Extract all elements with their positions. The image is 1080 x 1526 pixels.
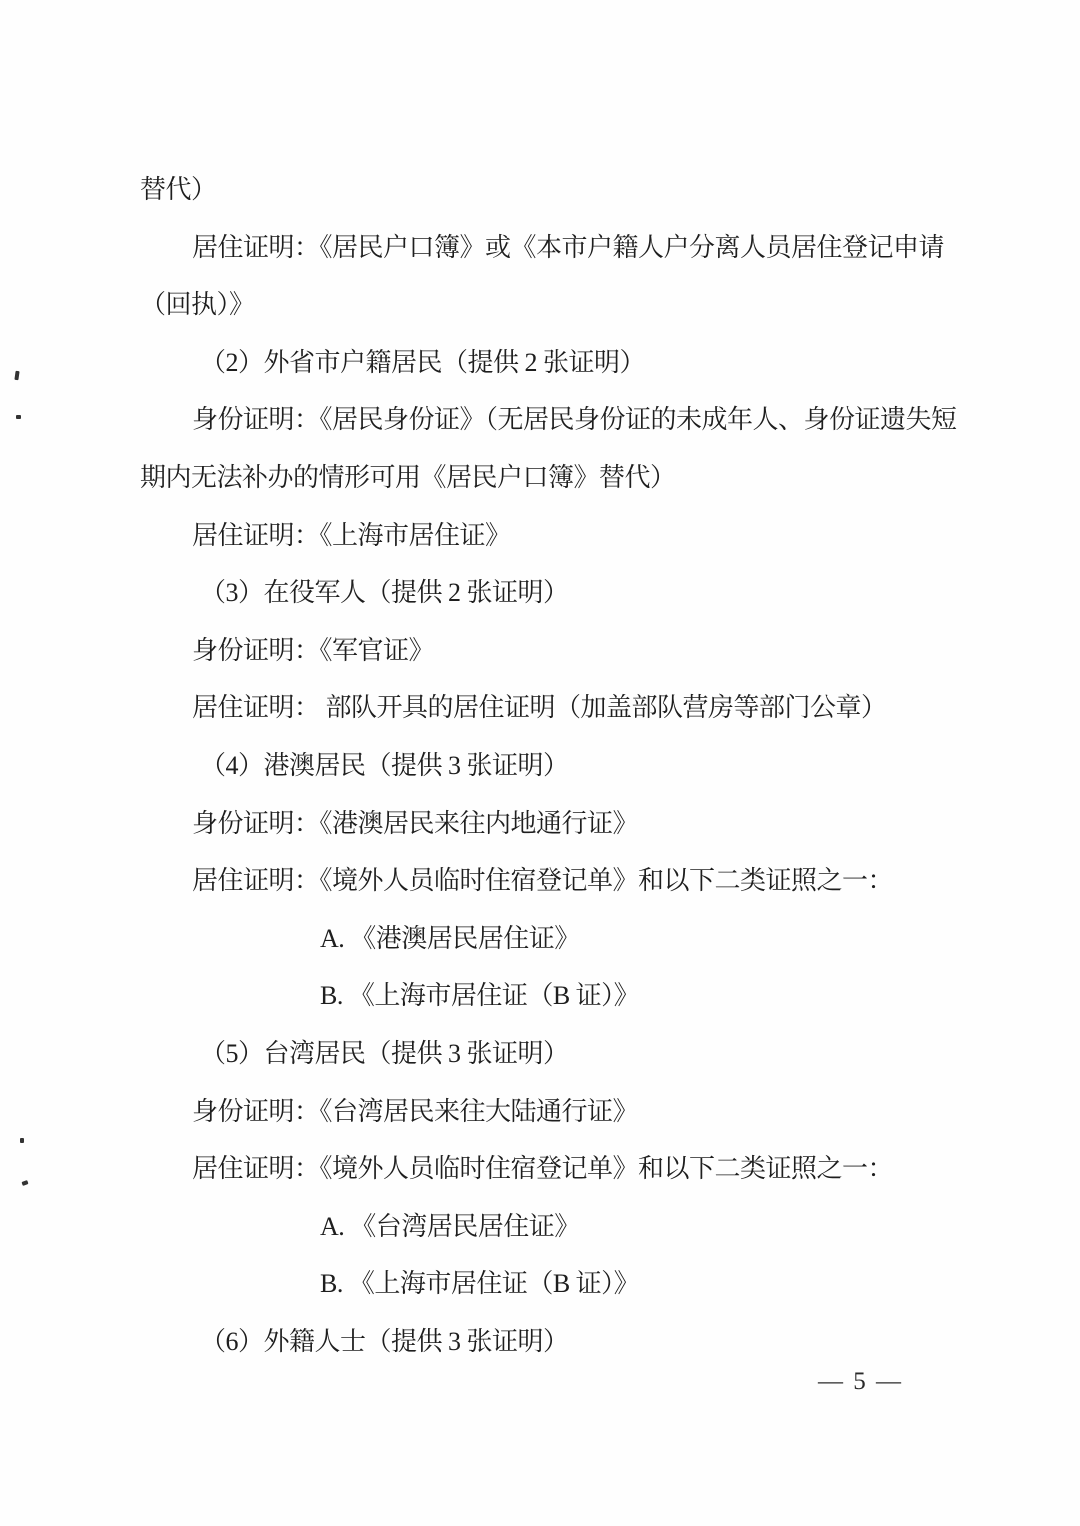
- text-line: 身份证明：《居民身份证》（无居民身份证的未成年人、身份证遗失短: [140, 391, 955, 449]
- page-number: — 5 —: [818, 1368, 903, 1396]
- text-line: 期内无法补办的情形可用《居民户口簿》替代）: [140, 449, 955, 507]
- text-line-item-4: （4）港澳居民（提供 3 张证明）: [140, 737, 955, 795]
- text-line-option-b: B. 《上海市居住证（B 证）》: [140, 1255, 955, 1313]
- text-line: 居住证明：《境外人员临时住宿登记单》和以下二类证照之一：: [140, 852, 955, 910]
- text-line: 居住证明：《境外人员临时住宿登记单》和以下二类证照之一：: [140, 1140, 955, 1198]
- text-line: 居住证明：《上海市居住证》: [140, 507, 955, 565]
- scan-artifact-speck: [21, 1180, 28, 1186]
- text-line-item-3: （3）在役军人（提供 2 张证明）: [140, 564, 955, 622]
- document-text-block: 替代） 居住证明：《居民户口簿》或《本市户籍人户分离人员居住登记申请 （回执）》…: [140, 161, 955, 1370]
- scanned-document-page: 替代） 居住证明：《居民户口簿》或《本市户籍人户分离人员居住登记申请 （回执）》…: [0, 0, 1080, 1526]
- text-line-option-a: A. 《港澳居民居住证》: [140, 910, 955, 968]
- scan-artifact-speck: [14, 371, 19, 380]
- text-line: 身份证明：《台湾居民来往大陆通行证》: [140, 1083, 955, 1141]
- text-line: 替代）: [140, 161, 955, 219]
- scan-artifact-speck: [20, 1138, 24, 1143]
- text-line-item-5: （5）台湾居民（提供 3 张证明）: [140, 1025, 955, 1083]
- text-line: 居住证明： 部队开具的居住证明（加盖部队营房等部门公章）: [140, 679, 955, 737]
- scan-artifact-speck: [16, 415, 21, 419]
- text-line: 身份证明：《军官证》: [140, 622, 955, 680]
- text-line-option-b: B. 《上海市居住证（B 证）》: [140, 967, 955, 1025]
- text-line-item-2: （2）外省市户籍居民（提供 2 张证明）: [140, 334, 955, 392]
- text-line-option-a: A. 《台湾居民居住证》: [140, 1198, 955, 1256]
- text-line-item-6: （6）外籍人士（提供 3 张证明）: [140, 1313, 955, 1371]
- text-line: （回执）》: [140, 276, 955, 334]
- text-line: 身份证明：《港澳居民来往内地通行证》: [140, 795, 955, 853]
- text-line: 居住证明：《居民户口簿》或《本市户籍人户分离人员居住登记申请: [140, 219, 955, 277]
